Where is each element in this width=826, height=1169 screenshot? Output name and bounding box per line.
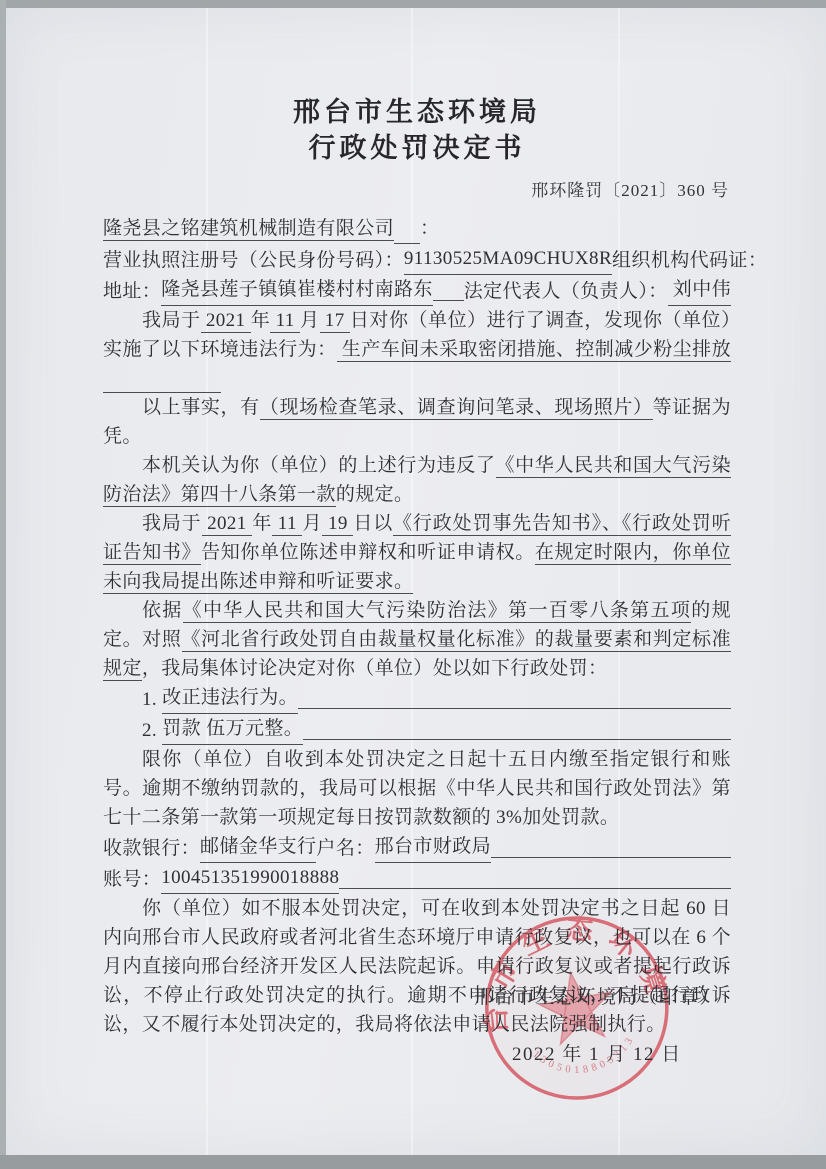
filled-in-text: 2021 (201, 310, 251, 333)
blank-underline (394, 222, 420, 244)
filled-in-text: 改正违法行为。 (162, 683, 298, 714)
filled-in-text: 隆尧县莲子镇镇崔楼村村南路东 (161, 275, 433, 306)
penalty-item-2: 2. 罚款 伍万元整。 (103, 714, 731, 745)
filled-in-text: 《中华人民共和国大气污染防治法》第一百零八条第五项 (183, 600, 692, 623)
printed-text: 1. (142, 685, 162, 714)
blank-underline (433, 300, 464, 301)
filled-in-text: 91130525MA09CHUX8R (404, 244, 612, 275)
account-line: 账号：100451351990018888 (103, 863, 731, 894)
filled-in-text: 罚款 伍万元整。 (162, 714, 303, 745)
document-paper: 邢台市生态环境局 1305018805313 邢台市生态环境局 行政处罚决定书 … (6, 8, 826, 1155)
scanner-edge-top (0, 0, 826, 8)
printed-text: ，我局集体讨论决定对你（单位）处以如下行政处罚： (142, 658, 608, 679)
legal-basis-paragraph: 依据《中华人民共和国大气污染防治法》第一百零八条第五项的规定。对照《河北省行政处… (103, 596, 731, 683)
filled-in-text: 100451351990018888 (161, 863, 339, 894)
printed-text: 的规定。 (336, 484, 414, 505)
signature-issuer: 邢台市生态环境局（印章） (474, 982, 720, 1009)
printed-text: ： (420, 218, 439, 239)
printed-text: 月 (302, 513, 322, 534)
printed-text: 我局于 (142, 513, 202, 534)
license-line: 营业执照注册号（公民身份号码）：91130525MA09CHUX8R组织机构代码… (103, 244, 731, 275)
appeal-rights-paragraph: 你（单位）如不服本处罚决定，可在收到本处罚决定书之日起 60 日内向邢台市人民政… (103, 894, 731, 1039)
filled-in-text: 刘中伟 (668, 275, 731, 306)
blank-underline (303, 739, 731, 740)
printed-text: 本机关认为你（单位）的上述行为违反了 (142, 455, 496, 476)
printed-text: 收款银行： (103, 834, 200, 863)
document-title-line2: 行政处罚决定书 (103, 130, 731, 166)
violation-paragraph: 本机关认为你（单位）的上述行为违反了《中华人民共和国大气污染防治法》第四十八条第… (103, 451, 731, 509)
filled-in-text: 19 (322, 513, 353, 536)
document-body: 隆尧县之铭建筑机械制造有限公司：营业执照注册号（公民身份号码）：91130525… (103, 214, 731, 1039)
printed-text: 2. (142, 716, 162, 745)
payment-deadline-paragraph: 限你（单位）自收到本处罚决定之日起十五日内缴至指定银行和账号。逾期不缴纳罚款的，… (103, 745, 731, 832)
investigation-paragraph: 我局于 2021 年 11 月 17 日对你（单位）进行了调查，发现你（单位）实… (103, 306, 731, 393)
printed-text: 月 (300, 310, 320, 331)
filled-in-text: 邢台市财政局 (375, 832, 491, 863)
filled-in-text: 生产车间未采取密闭措施、控制减少粉尘排放 (337, 339, 731, 362)
printed-text: 户名： (316, 834, 374, 863)
filled-in-text: （现场检查笔录、调查询问笔录、现场照片） (260, 397, 653, 420)
document-title-line1: 邢台市生态环境局 (103, 94, 731, 130)
printed-text: 你（单位）如不服本处罚决定，可在收到本处罚决定书之日起 60 日内向邢台市人民政… (103, 898, 731, 1035)
printed-text: 日以 (353, 513, 393, 534)
filled-in-text: 11 (272, 513, 302, 536)
document-number: 邢环隆罚〔2021〕360 号 (103, 179, 729, 203)
filled-in-text: 隆尧县之铭建筑机械制造有限公司 (103, 218, 394, 241)
printed-text: 地址： (103, 277, 161, 306)
printed-text: 组织机构代码证： (612, 246, 767, 275)
scanner-edge-bottom (0, 1155, 826, 1169)
evidence-paragraph: 以上事实，有（现场检查笔录、调查询问笔录、现场照片）等证据为凭。 (103, 393, 731, 451)
filled-in-text: 2021 (202, 513, 253, 536)
address-line: 地址：隆尧县莲子镇镇崔楼村村南路东法定代表人（负责人）： 刘中伟 (103, 275, 731, 306)
bank-line: 收款银行：邮储金华支行户名：邢台市财政局 (103, 832, 731, 863)
printed-text: 限你（单位）自收到本处罚决定之日起十五日内缴至指定银行和账号。逾期不缴纳罚款的，… (103, 749, 731, 828)
printed-text: 告知你单位陈述申辩权和听证申请权。 (201, 542, 535, 563)
penalty-item-1: 1. 改正违法行为。 (103, 683, 731, 714)
filled-in-text: 邮储金华支行 (200, 832, 316, 863)
recipient-line: 隆尧县之铭建筑机械制造有限公司： (103, 214, 731, 244)
printed-text: 年 (251, 310, 271, 331)
blank-underline (298, 708, 731, 709)
notification-paragraph: 我局于 2021 年 11 月 19 日以《行政处罚事先告知书》、《行政处罚听证… (103, 509, 731, 596)
printed-text: 年 (252, 513, 272, 534)
filled-in-text: 11 (270, 310, 300, 333)
scanned-document-page: { "page": { "title_line1": "邢台市生态环境局", "… (0, 0, 826, 1169)
blank-underline (339, 888, 731, 889)
blank-underline (491, 857, 731, 858)
printed-text: 账号： (103, 865, 161, 894)
printed-text: 依据 (142, 600, 183, 621)
printed-text: 我局于 (142, 310, 201, 331)
printed-text: 营业执照注册号（公民身份号码）： (103, 246, 404, 275)
filled-in-text: 17 (320, 310, 350, 333)
printed-text: 以上事实，有 (142, 397, 260, 418)
printed-text: 法定代表人（负责人）： (464, 277, 668, 306)
blank-underline (103, 371, 221, 393)
document-content: 邢台市生态环境局 行政处罚决定书 邢环隆罚〔2021〕360 号 隆尧县之铭建筑… (103, 94, 731, 1039)
signature-date: 2022 年 1 月 12 日 (512, 1039, 682, 1066)
